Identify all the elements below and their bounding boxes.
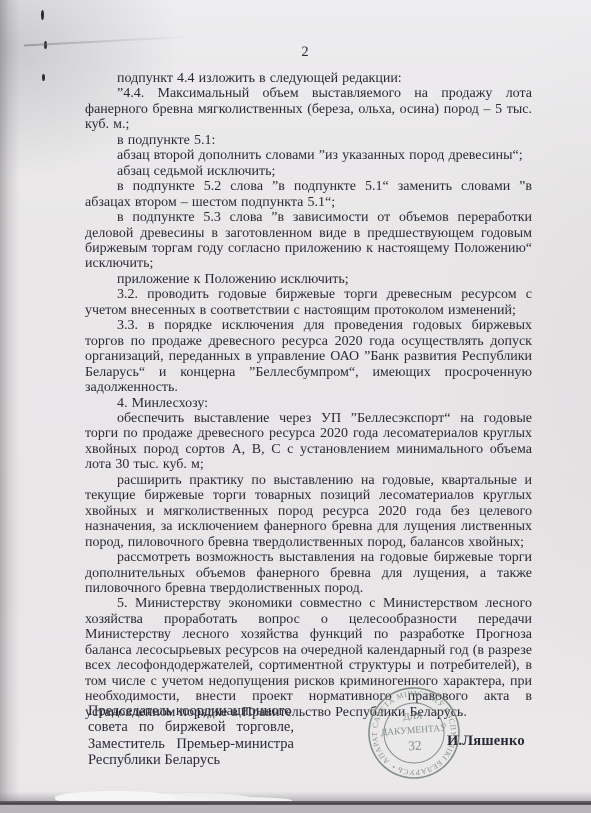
scanner-background <box>0 805 591 813</box>
signature-line: Заместитель Премьер-министра <box>88 736 294 752</box>
paragraph: рассмотреть возможность выставления на г… <box>85 550 532 596</box>
paragraph: в подпункте 5.2 слова ”в подпункте 5.1“ … <box>85 179 532 210</box>
stamp-number: 32 <box>408 738 423 754</box>
paragraph: в подпункте 5.3 слова ”в зависимости от … <box>85 210 532 272</box>
signature-line: Республики Беларусь <box>88 752 294 768</box>
scanned-page: 2 подпункт 4.4 изложить в следующей реда… <box>0 0 591 813</box>
paragraph: абзац второй дополнить словами ”из указа… <box>85 148 532 163</box>
scan-speck <box>42 74 45 81</box>
paragraph: приложение к Положению исключить; <box>85 272 532 287</box>
paragraph: расширить практику по выставлению на год… <box>85 473 532 550</box>
paragraph: абзац седьмой исключить; <box>85 164 532 179</box>
paragraph: 5. Министерству экономики совместно с Ми… <box>85 596 532 720</box>
scan-left-edge-shadow <box>0 0 20 813</box>
paragraph: ”4.4. Максимальный объем выставляемого н… <box>85 86 532 132</box>
paragraph: 3.3. в порядке исключения для проведения… <box>85 318 532 395</box>
paragraph: в подпункте 5.1: <box>85 133 532 148</box>
page-number: 2 <box>20 44 590 61</box>
paragraph: 4. Минлесхозу: <box>85 396 532 411</box>
scan-speck <box>41 10 44 20</box>
signature-line: Председатель координационного <box>88 703 294 719</box>
stamp-center-line1: ДЛЯ <box>403 711 424 722</box>
paragraph: обеспечить выставление через УП ”Беллесэ… <box>85 411 532 473</box>
signatory-name: И.Ляшенко <box>447 733 525 750</box>
stamp-center-line2: ДАКУМЕНТАЎ <box>380 722 447 739</box>
signature-line: совета по биржевой торговле, <box>88 719 294 735</box>
paragraph: подпункт 4.4 изложить в следующей редакц… <box>85 71 532 86</box>
signature-block: Председатель координационногосовета по б… <box>88 703 294 769</box>
document-body: подпункт 4.4 изложить в следующей редакц… <box>85 71 532 720</box>
paragraph: 3.2. проводить годовые биржевые торги др… <box>85 287 532 318</box>
